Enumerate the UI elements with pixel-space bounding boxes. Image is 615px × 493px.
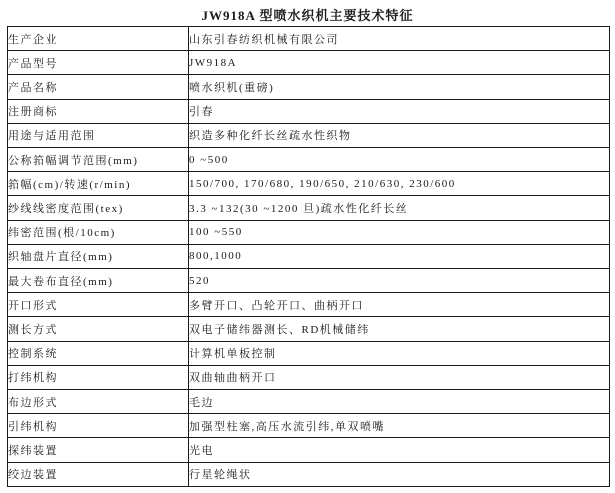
spec-label: 纱线线密度范围(tex) <box>8 196 189 220</box>
spec-value: 山东引春纺织机械有限公司 <box>189 27 610 51</box>
spec-value: 0 ~500 <box>189 148 610 172</box>
spec-value: JW918A <box>189 51 610 75</box>
table-row: 打纬机构双曲轴曲柄开口 <box>8 365 610 389</box>
table-row: 产品型号JW918A <box>8 51 610 75</box>
spec-value: 引春 <box>189 99 610 123</box>
table-row: 测长方式双电子储纬器测长、RD机械储纬 <box>8 317 610 341</box>
spec-value: 多臂开口、凸轮开口、曲柄开口 <box>189 293 610 317</box>
spec-value: 行星轮绳状 <box>189 462 610 486</box>
table-row: 最大卷布直径(mm)520 <box>8 269 610 293</box>
spec-label: 生产企业 <box>8 27 189 51</box>
spec-value: 双曲轴曲柄开口 <box>189 365 610 389</box>
spec-value: 800,1000 <box>189 244 610 268</box>
table-row: 纱线线密度范围(tex)3.3 ~132(30 ~1200 旦)疏水性化纤长丝 <box>8 196 610 220</box>
spec-value: 加强型柱塞,高压水流引纬,单双喷嘴 <box>189 414 610 438</box>
spec-label: 打纬机构 <box>8 365 189 389</box>
spec-label: 控制系统 <box>8 341 189 365</box>
table-row: 布边形式毛边 <box>8 390 610 414</box>
table-row: 生产企业山东引春纺织机械有限公司 <box>8 27 610 51</box>
spec-label: 产品型号 <box>8 51 189 75</box>
spec-label: 公称筘幅调节范围(mm) <box>8 148 189 172</box>
table-row: 开口形式多臂开口、凸轮开口、曲柄开口 <box>8 293 610 317</box>
spec-label: 织轴盘片直径(mm) <box>8 244 189 268</box>
table-row: 探纬装置光电 <box>8 438 610 462</box>
spec-value: 100 ~550 <box>189 220 610 244</box>
spec-label: 用途与适用范围 <box>8 123 189 147</box>
spec-value: 双电子储纬器测长、RD机械储纬 <box>189 317 610 341</box>
table-row: 公称筘幅调节范围(mm)0 ~500 <box>8 148 610 172</box>
spec-value: 计算机单板控制 <box>189 341 610 365</box>
spec-value: 光电 <box>189 438 610 462</box>
spec-value: 毛边 <box>189 390 610 414</box>
spec-label: 最大卷布直径(mm) <box>8 269 189 293</box>
spec-value: 520 <box>189 269 610 293</box>
page-title: JW918A 型喷水织机主要技术特征 <box>0 5 615 24</box>
spec-label: 测长方式 <box>8 317 189 341</box>
spec-label: 开口形式 <box>8 293 189 317</box>
spec-label: 注册商标 <box>8 99 189 123</box>
spec-label: 探纬装置 <box>8 438 189 462</box>
table-row: 用途与适用范围织造多种化纤长丝疏水性织物 <box>8 123 610 147</box>
spec-table-body: 生产企业山东引春纺织机械有限公司产品型号JW918A产品名称喷水织机(重磅)注册… <box>8 27 610 487</box>
spec-label: 布边形式 <box>8 390 189 414</box>
spec-value: 3.3 ~132(30 ~1200 旦)疏水性化纤长丝 <box>189 196 610 220</box>
spec-label: 纬密范围(根/10cm) <box>8 220 189 244</box>
spec-label: 绞边装置 <box>8 462 189 486</box>
spec-value: 喷水织机(重磅) <box>189 75 610 99</box>
spec-table: 生产企业山东引春纺织机械有限公司产品型号JW918A产品名称喷水织机(重磅)注册… <box>7 26 610 487</box>
table-row: 纬密范围(根/10cm)100 ~550 <box>8 220 610 244</box>
table-row: 产品名称喷水织机(重磅) <box>8 75 610 99</box>
spec-label: 筘幅(cm)/转速(r/min) <box>8 172 189 196</box>
spec-label: 引纬机构 <box>8 414 189 438</box>
table-row: 控制系统计算机单板控制 <box>8 341 610 365</box>
table-row: 织轴盘片直径(mm)800,1000 <box>8 244 610 268</box>
table-row: 注册商标引春 <box>8 99 610 123</box>
table-row: 筘幅(cm)/转速(r/min)150/700, 170/680, 190/65… <box>8 172 610 196</box>
spec-value: 织造多种化纤长丝疏水性织物 <box>189 123 610 147</box>
table-row: 引纬机构加强型柱塞,高压水流引纬,单双喷嘴 <box>8 414 610 438</box>
table-row: 绞边装置行星轮绳状 <box>8 462 610 486</box>
spec-value: 150/700, 170/680, 190/650, 210/630, 230/… <box>189 172 610 196</box>
spec-label: 产品名称 <box>8 75 189 99</box>
